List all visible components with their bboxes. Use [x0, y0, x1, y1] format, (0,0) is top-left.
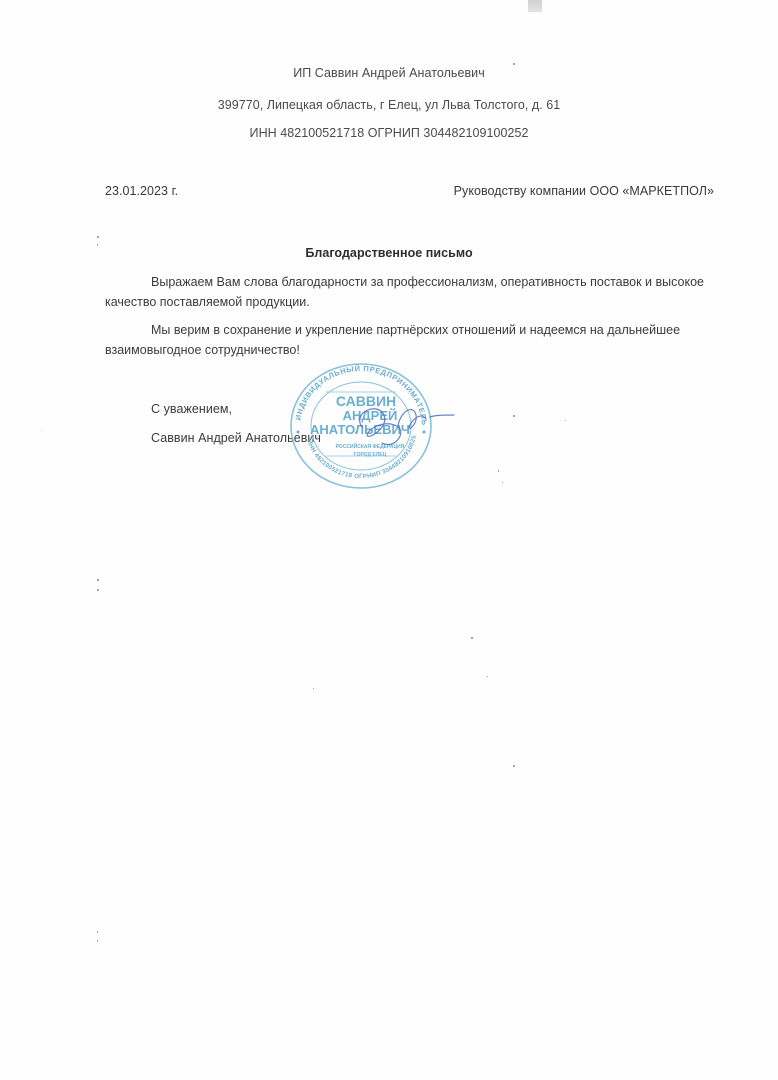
scan-speck	[97, 579, 99, 581]
scan-speck	[513, 415, 515, 417]
scan-speck	[42, 430, 43, 431]
letter-page: ИП Саввин Андрей Анатольевич 399770, Лип…	[0, 0, 778, 1080]
body-paragraph-1: Выражаем Вам слова благодарности за проф…	[105, 272, 717, 312]
scan-speck	[487, 676, 488, 677]
scan-speck	[97, 589, 99, 591]
signature-icon	[322, 385, 462, 465]
scan-speck	[97, 236, 99, 238]
scan-speck	[471, 637, 473, 639]
scan-speck	[513, 765, 515, 767]
scan-artifact	[528, 0, 542, 12]
sender-name: ИП Саввин Андрей Анатольевич	[0, 66, 778, 80]
scan-speck	[313, 688, 314, 689]
scan-speck	[97, 244, 98, 246]
letter-date: 23.01.2023 г.	[105, 184, 178, 198]
body-paragraph-2: Мы верим в сохранение и укрепление партн…	[105, 320, 717, 360]
closing-phrase: С уважением,	[151, 402, 232, 416]
sender-registration: ИНН 482100521718 ОГРНИП 304482109100252	[0, 126, 778, 140]
scan-speck	[97, 940, 98, 942]
letter-recipient: Руководству компании ООО «МАРКЕТПОЛ»	[454, 184, 714, 198]
scan-speck	[565, 420, 566, 421]
scan-speck	[498, 470, 499, 472]
letter-title: Благодарственное письмо	[0, 246, 778, 260]
scan-speck	[502, 482, 503, 483]
scan-speck	[97, 931, 98, 933]
scan-speck	[513, 63, 515, 65]
sender-address: 399770, Липецкая область, г Елец, ул Льв…	[0, 98, 778, 112]
